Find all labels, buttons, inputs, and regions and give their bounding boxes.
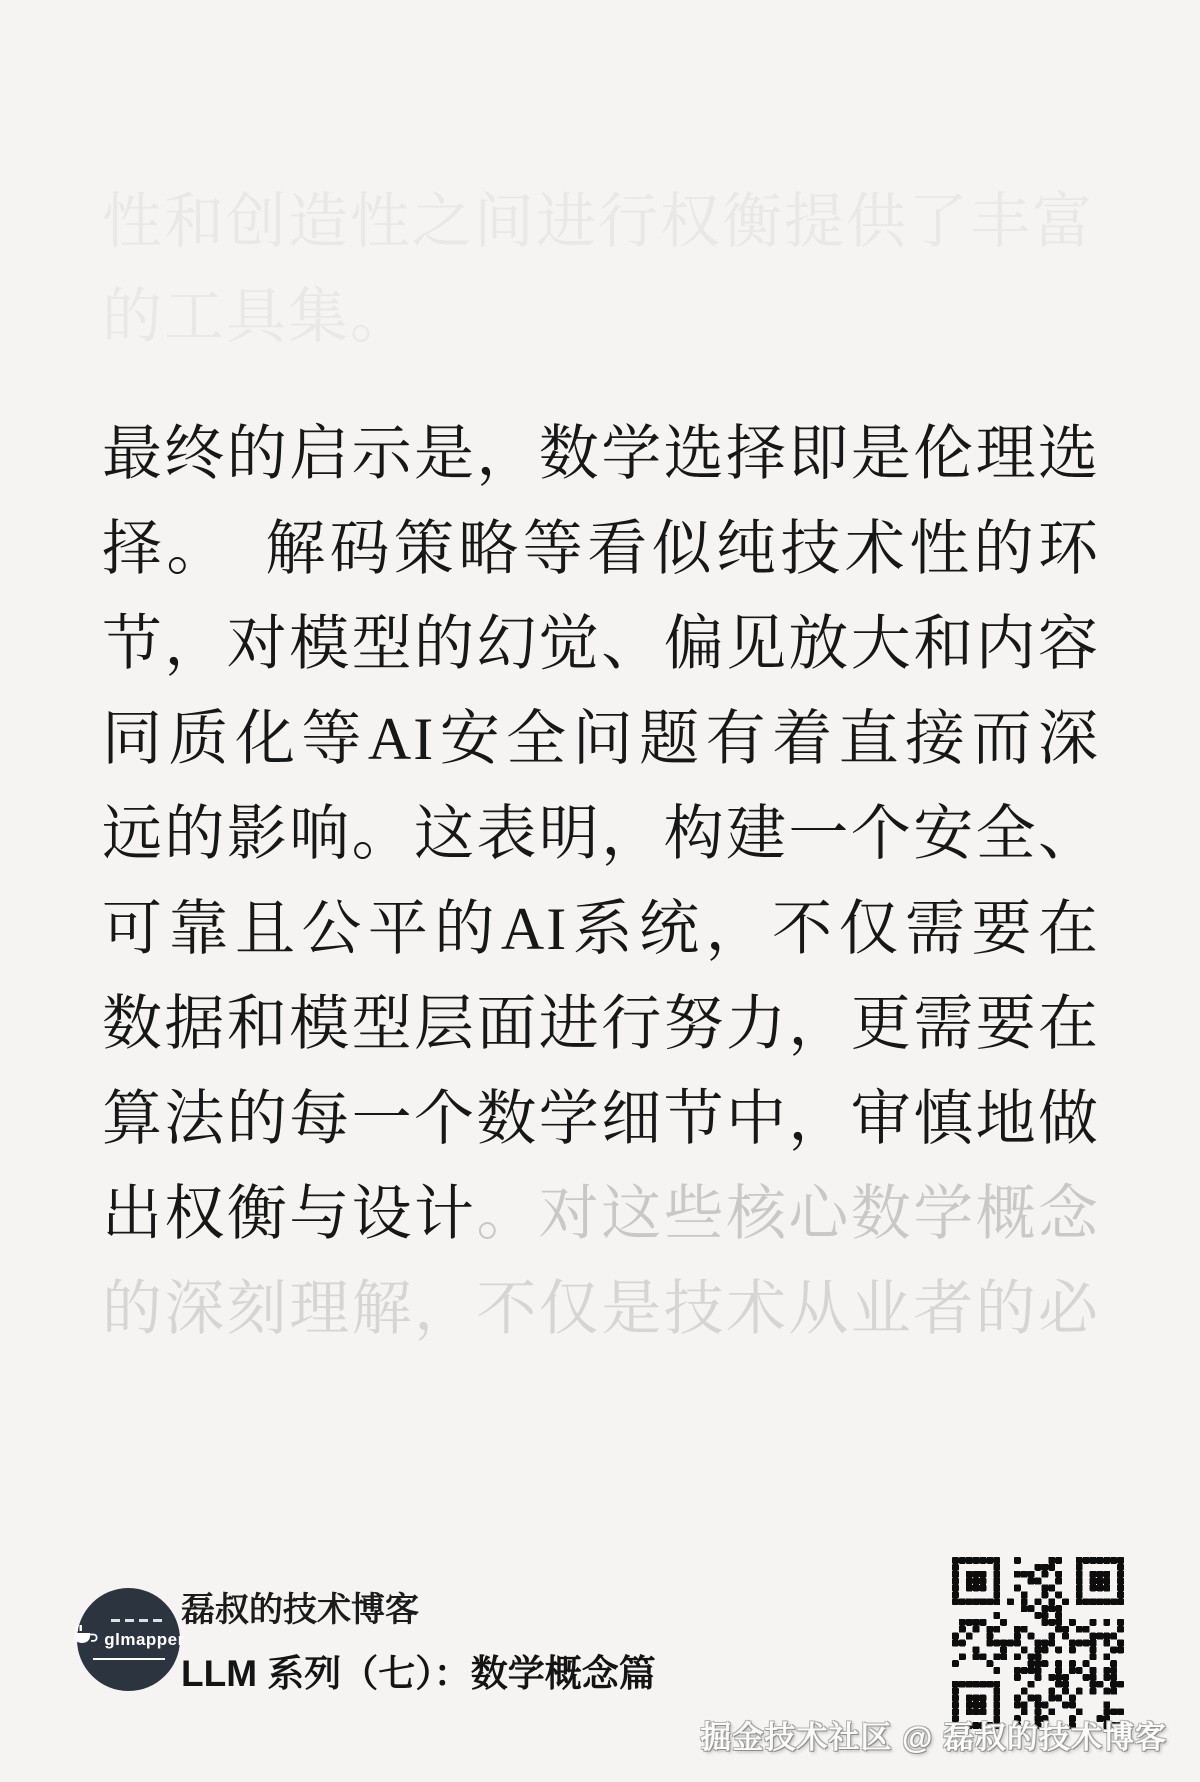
text-line: 数据和模型层面进行努力，更需要在 bbox=[102, 977, 1100, 1072]
text-line: 性和创造性之间进行权衡提供了丰富 bbox=[102, 175, 1100, 270]
text-line: 远的影响。这表明，构建一个安全、 bbox=[102, 787, 1100, 882]
text-segment: 远的影响。这表明，构建一个安全、 bbox=[102, 801, 1100, 867]
text-segment: 出权衡与设计 bbox=[102, 1181, 476, 1247]
text-segment: 择。 解码策略等看似纯技术性的环 bbox=[102, 516, 1100, 582]
text-segment: 同质化等AI安全问题有着直接而深 bbox=[102, 706, 1100, 772]
text-line: 出权衡与设计。对这些核心数学概念 bbox=[102, 1167, 1100, 1262]
text-line: 的工具集。 bbox=[102, 270, 1100, 365]
coffee-cup-icon bbox=[72, 1625, 100, 1654]
text-segment: 算法的每一个数学细节中，审慎地做 bbox=[102, 1086, 1100, 1152]
text-line: 可靠且公平的AI系统，不仅需要在 bbox=[102, 882, 1100, 977]
logo-underline bbox=[93, 1658, 165, 1660]
text-line: 节，对模型的幻觉、偏见放大和内容 bbox=[102, 597, 1100, 692]
watermark-text: 掘金技术社区 @ 磊叔的技术博客 bbox=[701, 1712, 1167, 1757]
logo-decoration bbox=[111, 1619, 162, 1622]
text-line: 同质化等AI安全问题有着直接而深 bbox=[102, 692, 1100, 787]
text-segment: 数据和模型层面进行努力，更需要在 bbox=[102, 991, 1100, 1057]
main-paragraph: 最终的启示是，数学选择即是伦理选择。 解码策略等看似纯技术性的环节，对模型的幻觉… bbox=[102, 407, 1100, 1357]
text-segment: 可靠且公平的AI系统，不仅需要在 bbox=[102, 896, 1100, 962]
text-segment: 节，对模型的幻觉、偏见放大和内容 bbox=[102, 611, 1100, 677]
text-line: 择。 解码策略等看似纯技术性的环 bbox=[102, 502, 1100, 597]
text-segment: 最终的启示是，数学选择即是伦理选 bbox=[102, 421, 1100, 487]
blog-logo: glmapper bbox=[77, 1588, 180, 1691]
series-title: LLM 系列（七）：数学概念篇 bbox=[181, 1643, 656, 1697]
article-page: 性和创造性之间进行权衡提供了丰富的工具集。 最终的启示是，数学选择即是伦理选择。… bbox=[0, 0, 1200, 1782]
qr-code bbox=[952, 1557, 1124, 1729]
text-line: 的深刻理解，不仅是技术从业者的必 bbox=[102, 1262, 1100, 1357]
overflow-paragraph: 性和创造性之间进行权衡提供了丰富的工具集。 bbox=[102, 175, 1100, 365]
text-segment: 。对这些核心数学概念 bbox=[476, 1181, 1100, 1247]
logo-wordmark: glmapper bbox=[104, 1630, 185, 1650]
blog-name: 磊叔的技术博客 bbox=[181, 1582, 419, 1631]
text-line: 算法的每一个数学细节中，审慎地做 bbox=[102, 1072, 1100, 1167]
text-segment: 的深刻理解，不仅是技术从业者的必 bbox=[102, 1276, 1100, 1342]
text-line: 最终的启示是，数学选择即是伦理选 bbox=[102, 407, 1100, 502]
footer: glmapper 磊叔的技术博客 LLM 系列（七）：数学概念篇 掘金技术社区 … bbox=[0, 1540, 1200, 1782]
